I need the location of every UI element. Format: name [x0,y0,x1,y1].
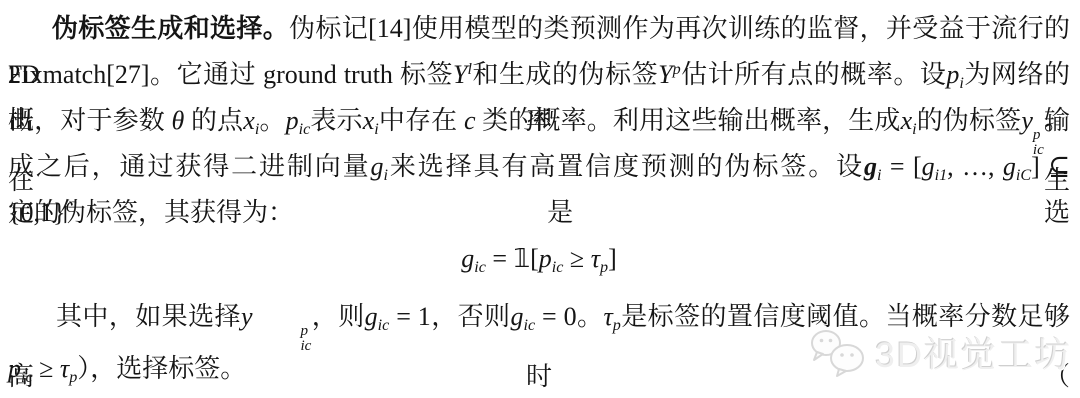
math-text: θ [172,106,185,135]
math-text: p [600,259,608,276]
math-text: p [946,60,959,89]
text-segment: 伪标签生成和选择。 [52,14,289,43]
sub-text: ic [252,339,311,354]
math-text: iC [1016,167,1031,184]
watermark: 3D视觉工坊 [809,328,1072,378]
text-segment: 中存在 [379,106,464,135]
math-text: 𝟙 [514,244,531,274]
sup-text: p [1033,128,1044,143]
math-text: g [864,152,877,181]
text-segment: ] [608,244,617,273]
sup-text: p [252,324,311,339]
text-segment: ≥ [33,354,60,383]
math-text: i [912,121,916,138]
math-text: g [365,302,378,331]
equation-line: gic = 𝟙[pic ≥ τp] [8,236,1070,282]
math-text: τ [603,302,612,331]
math-text: c [464,106,476,135]
math-text: Y [658,60,672,89]
math-text: i [374,121,378,138]
text-segment: 其中，如果选择 [56,302,241,331]
math-text: p [69,369,77,386]
text-segment: 。 [259,106,285,135]
text-segment: 的伪标签 [917,106,1022,135]
math-text: y [241,302,253,331]
math-text: i [255,121,259,138]
math-text: ic [523,317,535,334]
paragraph-line-1: 伪标签生成和选择。伪标记[14]使用模型的类预测作为再次训练的监督，并受益于流行… [8,6,1070,52]
math-text: p [539,244,552,273]
text-segment: = [486,244,514,273]
math-text: Y [453,60,467,89]
math-text: i [959,75,963,92]
text-segment: , …, [947,152,1003,181]
text-segment: 成之后，通过获得二进制向量 [8,152,371,181]
text-segment: [ [530,244,539,273]
text-segment: 表示 [310,106,362,135]
text-segment: 估计所有点的概率。设 [681,60,947,89]
text-segment: 类的概率。利用这些输出概率，生成 [476,106,901,135]
math-text: x [243,106,255,135]
math-text: p [613,317,621,334]
math-text: ic [21,369,33,386]
math-text: ic [378,317,390,334]
text-segment: 来选择具有高置信度预测的伪标签。设 [388,152,864,181]
wechat-icon [809,328,867,378]
text-segment: ≥ [563,244,590,273]
paragraph-line-2: Fixmatch[27]。它通过 ground truth 标签Yl和生成的伪标… [8,52,1070,98]
math-text: C [65,199,76,216]
text-segment: 出，对于参数 [8,106,172,135]
math-text: p [673,61,681,78]
math-text: i [877,167,881,184]
math-text: g [461,244,474,273]
text-segment: Fixmatch[27]。它通过 ground truth 标签 [8,60,453,89]
text-segment: ，则 [311,302,364,331]
math-text: p [286,106,299,135]
math-text: l [467,61,471,78]
math-supsub: pic [252,324,311,354]
math-text: g [510,302,523,331]
text-segment: 和生成的伪标签 [472,60,658,89]
watermark-text: 3D视觉工坊 [875,328,1072,378]
text-segment: 的点 [184,106,243,135]
text-segment: 定的伪标签，其获得为： [8,198,294,227]
text-segment: = [ [882,152,922,181]
math-text: p [8,354,21,383]
paragraph-line-3: 出，对于参数 θ 的点xi。pic表示xi中存在 c 类的概率。利用这些输出概率… [8,98,1070,144]
math-text: i1 [935,167,948,184]
math-text: y [1021,106,1033,135]
math-text: g [922,152,935,181]
text-segment: ），选择标签。 [77,354,246,383]
math-text: ic [474,259,486,276]
math-text: ic [299,121,311,138]
text-segment: = 0。 [535,302,603,331]
math-text: τ [591,244,600,273]
math-text: i [384,167,388,184]
math-text: x [363,106,375,135]
text-segment: = 1，否则 [389,302,510,331]
paragraph-line-4: 成之后，通过获得二进制向量gi来选择具有高置信度预测的伪标签。设gi = [gi… [8,144,1070,190]
math-text: ic [552,259,564,276]
math-text: x [901,106,913,135]
math-text: τ [60,354,69,383]
math-text: g [371,152,384,181]
math-text: g [1003,152,1016,181]
